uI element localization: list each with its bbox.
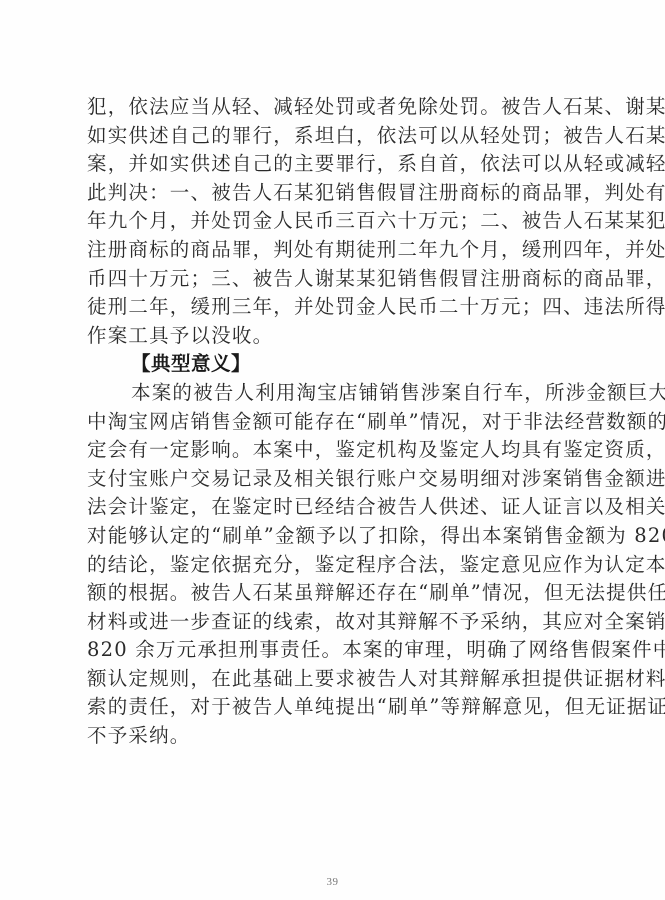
- text-line: 币四十万元；三、被告人谢某某犯销售假冒注册商标的商品罪，判处有期: [87, 265, 579, 294]
- text-line: 820 余万元承担刑事责任。本案的审理，明确了网络售假案件中的犯罪数: [87, 636, 579, 665]
- body-text: 犯，依法应当从轻、减轻处罚或者免除处罚。被告人石某、谢某某到案后 如实供述自己的…: [87, 93, 579, 751]
- text-line: 案，并如实供述自己的主要罪行，系自首，依法可以从轻或减轻处罚。据: [87, 150, 579, 179]
- text-line: 额的根据。被告人石某虽辩解还存在“刷单”情况，但无法提供任何证据: [87, 579, 579, 608]
- text-line: 对能够认定的“刷单”金额予以了扣除，得出本案销售金额为 820 余万元: [87, 522, 579, 551]
- text-line: 中淘宝网店销售金额可能存在“刷单”情况，对于非法经营数额的准确认: [87, 408, 579, 437]
- text-line: 法会计鉴定，在鉴定时已经结合被告人供述、证人证言以及相关账簿等，: [87, 493, 579, 522]
- text-line: 索的责任，对于被告人单纯提出“刷单”等辩解意见，但无证据证实的，: [87, 693, 579, 722]
- text-line: 本案的被告人利用淘宝店铺销售涉案自行车，所涉金额巨大，实践: [87, 379, 579, 408]
- text-line: 年九个月，并处罚金人民币三百六十万元；二、被告人石某某犯销售假冒: [87, 207, 579, 236]
- section-heading: 【典型意义】: [87, 350, 579, 379]
- text-line: 此判决：一、被告人石某犯销售假冒注册商标的商品罪，判处有期徒刑四: [87, 179, 579, 208]
- text-line: 犯，依法应当从轻、减轻处罚或者免除处罚。被告人石某、谢某某到案后: [87, 93, 579, 122]
- text-line: 如实供述自己的罪行，系坦白，依法可以从轻处罚；被告人石某某主动投: [87, 122, 579, 151]
- text-line: 材料或进一步查证的线索，故对其辩解不予采纳，其应对全案销售金额: [87, 608, 579, 637]
- text-line: 支付宝账户交易记录及相关银行账户交易明细对涉案销售金额进行了司: [87, 465, 579, 494]
- document-page: 犯，依法应当从轻、减轻处罚或者免除处罚。被告人石某、谢某某到案后 如实供述自己的…: [0, 0, 665, 900]
- page-number: 39: [0, 876, 665, 888]
- text-line: 作案工具予以没收。: [87, 322, 579, 351]
- text-line: 徒刑二年，缓刑三年，并处罚金人民币二十万元；四、违法所得予以追缴，: [87, 293, 579, 322]
- text-line: 注册商标的商品罪，判处有期徒刑二年九个月，缓刑四年，并处罚金人民: [87, 236, 579, 265]
- text-line: 不予采纳。: [87, 722, 579, 751]
- text-line: 额认定规则，在此基础上要求被告人对其辩解承担提供证据材料或查证线: [87, 665, 579, 694]
- text-line: 定会有一定影响。本案中，鉴定机构及鉴定人均具有鉴定资质，依据涉案: [87, 436, 579, 465]
- text-line: 的结论，鉴定依据充分，鉴定程序合法，鉴定意见应作为认定本案销售金: [87, 551, 579, 580]
